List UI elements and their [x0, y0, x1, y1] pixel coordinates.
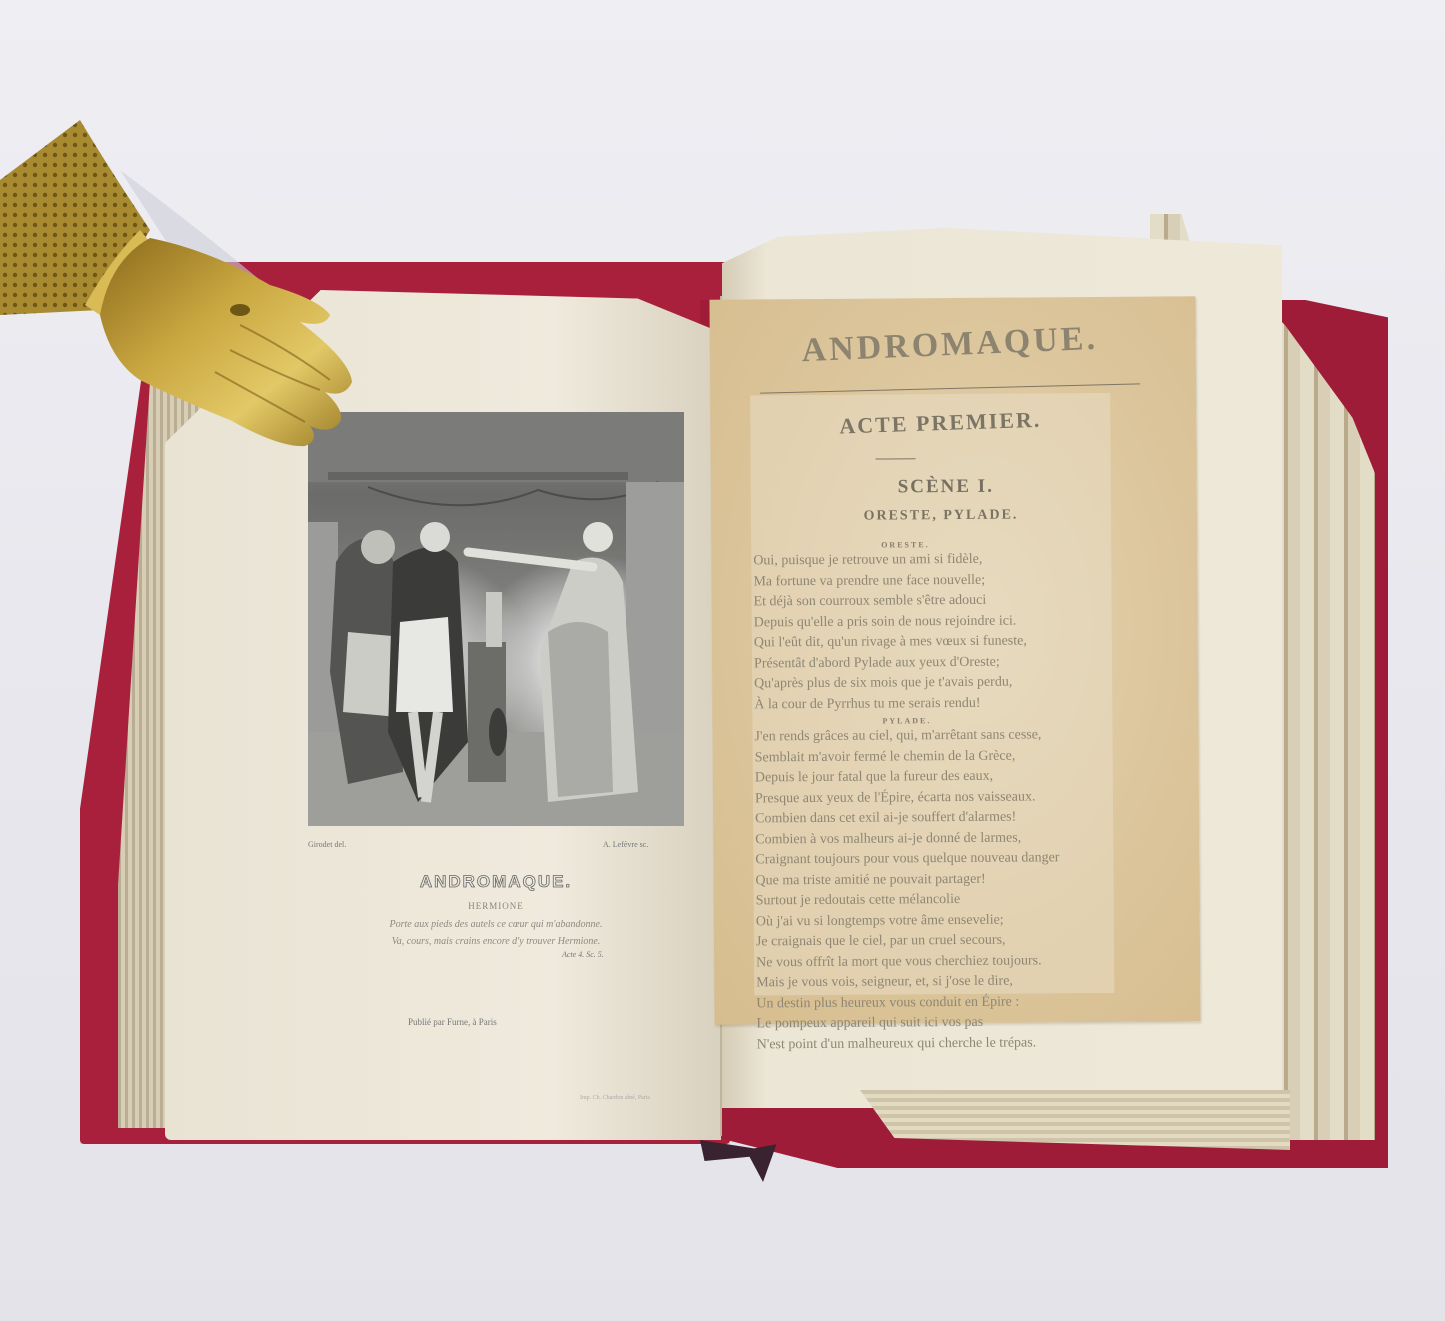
verse-line: Depuis le jour fatal que la fureur des e…: [755, 766, 1059, 789]
verse-line: Qu'après plus de six mois que je t'avais…: [754, 672, 1027, 694]
verse-line: Craignant toujours pour vous quelque nou…: [755, 848, 1059, 871]
verse-line: Combien à vos malheurs ai-je donné de la…: [755, 828, 1059, 851]
verse-line: N'est point d'un malheureux qui cherche …: [757, 1033, 1061, 1056]
verse-line: Oui, puisque je retrouve un ami si fidèl…: [753, 550, 1026, 572]
verse-line: Ne vous offrît la mort que vous cherchie…: [756, 951, 1060, 974]
verse-line: Je craignais que le ciel, par un cruel s…: [756, 930, 1060, 953]
verse-line: Qui l'eût dit, qu'un rivage à mes vœux s…: [754, 631, 1027, 653]
speaker-oreste: ORESTE.: [881, 540, 930, 549]
verse-line: Depuis qu'elle a pris soin de nous rejoi…: [754, 611, 1027, 633]
plate-verse-line: Porte aux pieds des autels ce cœur qui m…: [346, 916, 646, 933]
plate-character: HERMIONE: [346, 901, 646, 911]
verse-line: Ma fortune va prendre une face nouvelle;: [753, 570, 1026, 592]
verse-line: Et déjà son courroux semble s'être adouc…: [754, 590, 1027, 612]
verse-line: Où j'ai vu si longtemps votre âme enseve…: [756, 910, 1060, 933]
printer-line: Imp. Ch. Chardon aîné, Paris: [580, 1095, 650, 1101]
verse-line: Le pompeux appareil qui suit ici vos pas: [756, 1012, 1060, 1035]
brass-hand-icon: [0, 110, 360, 450]
plate-title: ANDROMAQUE.: [346, 872, 646, 892]
engraving-credit-engraver: A. Lefèvre sc.: [603, 840, 648, 849]
inserted-sheet: ANDROMAQUE. ACTE PREMIER. SCÈNE I. OREST…: [709, 296, 1200, 1024]
verse-line: Semblait m'avoir fermé le chemin de la G…: [755, 746, 1059, 769]
scene-heading: SCÈNE I.: [831, 475, 1061, 499]
verse-line: Surtout je redoutais cette mélancolie: [756, 889, 1060, 912]
verse-line: Mais je vous vois, seigneur, et, si j'os…: [756, 971, 1060, 994]
engraving-figures: [308, 412, 684, 826]
engraving-illustration: [308, 412, 684, 826]
speaker-pylade: PYLADE.: [882, 716, 931, 725]
engraving-credit-artist: Girodet del.: [308, 840, 346, 849]
publisher-line: Publié par Furne, à Paris: [408, 1017, 497, 1027]
verse-line: À la cour de Pyrrhus tu me serais rendu!: [754, 693, 1027, 715]
scene-characters: ORESTE, PYLADE.: [821, 507, 1061, 525]
pylade-speech: J'en rends grâces au ciel, qui, m'arrêta…: [754, 725, 1060, 1055]
brass-hand-paperweight: [0, 110, 360, 450]
oreste-speech: Oui, puisque je retrouve un ami si fidèl…: [753, 550, 1027, 716]
plate-verse: Porte aux pieds des autels ce cœur qui m…: [346, 916, 646, 950]
verse-line: Un destin plus heureux vous conduit en É…: [756, 992, 1060, 1015]
plate-verse-line: Va, cours, mais crains encore d'y trouve…: [346, 933, 646, 950]
verse-line: J'en rends grâces au ciel, qui, m'arrêta…: [754, 725, 1058, 748]
verse-line: Combien dans cet exil ai-je souffert d'a…: [755, 807, 1059, 830]
plate-act-reference: Acte 4. Sc. 5.: [562, 950, 604, 959]
verse-line: Présentât d'abord Pylade aux yeux d'Ores…: [754, 652, 1027, 674]
verse-line: Presque aux yeux de l'Épire, écarta nos …: [755, 787, 1059, 810]
sheet-title: ANDROMAQUE.: [769, 319, 1130, 372]
verse-line: Que ma triste amitié ne pouvait partager…: [755, 869, 1059, 892]
